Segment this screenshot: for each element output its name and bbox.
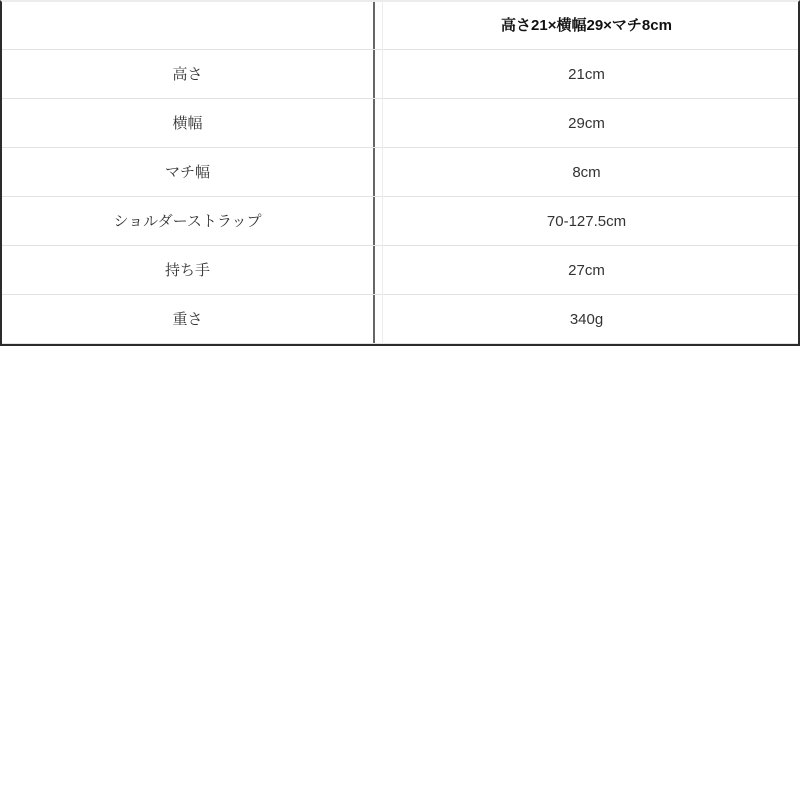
page: 高さ21×横幅29×マチ8cm 高さ 21cm 横幅 29cm マチ幅 8cm …	[0, 0, 800, 800]
spec-label-gusset: マチ幅	[2, 148, 375, 196]
table-row: ショルダーストラップ 70-127.5cm	[2, 197, 798, 246]
spec-value-width: 29cm	[375, 99, 798, 147]
table-row: 重さ 340g	[2, 295, 798, 344]
spec-value-height: 21cm	[375, 50, 798, 98]
spec-label-width: 横幅	[2, 99, 375, 147]
size-spec-table: 高さ21×横幅29×マチ8cm 高さ 21cm 横幅 29cm マチ幅 8cm …	[0, 0, 800, 346]
spec-value-weight: 340g	[375, 295, 798, 343]
spec-value-gusset: 8cm	[375, 148, 798, 196]
spec-label-weight: 重さ	[2, 295, 375, 343]
table-row: マチ幅 8cm	[2, 148, 798, 197]
spec-label-shoulder-strap: ショルダーストラップ	[2, 197, 375, 245]
header-size-summary: 高さ21×横幅29×マチ8cm	[375, 2, 798, 49]
spec-label-height: 高さ	[2, 50, 375, 98]
table-row: 持ち手 27cm	[2, 246, 798, 295]
table-row: 高さ 21cm	[2, 50, 798, 99]
header-empty-cell	[2, 2, 375, 49]
spec-value-shoulder-strap: 70-127.5cm	[375, 197, 798, 245]
spec-label-handle: 持ち手	[2, 246, 375, 294]
spec-value-handle: 27cm	[375, 246, 798, 294]
table-row: 横幅 29cm	[2, 99, 798, 148]
table-header-row: 高さ21×横幅29×マチ8cm	[2, 2, 798, 50]
